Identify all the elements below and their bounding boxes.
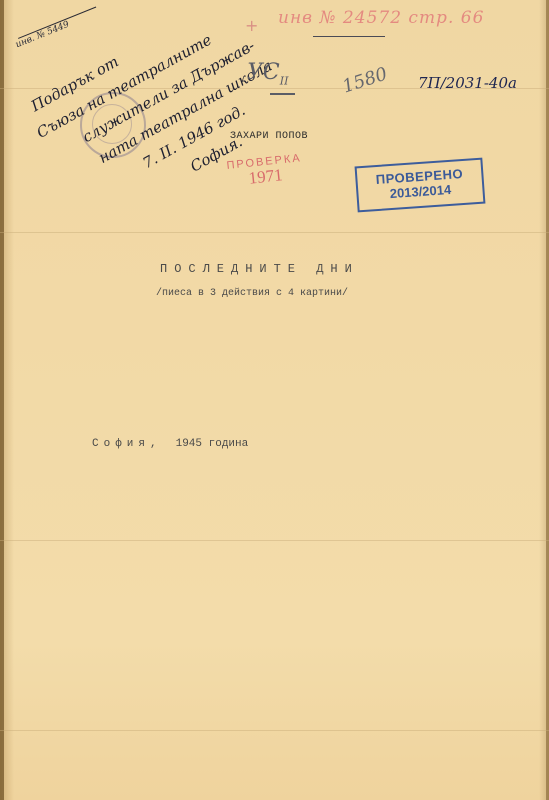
paper-crease <box>0 730 549 731</box>
pencil-number: 1580 <box>340 63 390 97</box>
red-pencil-reference: инв № 24572 стр. 66 <box>278 8 484 28</box>
paper-crease <box>0 232 549 233</box>
year: 1945 година <box>176 438 249 450</box>
author-name: ЗАХАРИ ПОПОВ <box>230 131 308 142</box>
document-page: инв. № 5449 Подарък от Съюза на театралн… <box>0 0 549 800</box>
pencil-underline <box>270 93 295 95</box>
place: София, <box>92 438 162 450</box>
blue-ink-catalog-number: 7П/2031-40а <box>418 74 517 92</box>
paper-crease <box>0 540 549 541</box>
red-plus-mark: + <box>245 16 258 35</box>
pencil-mark: УСII <box>247 60 288 87</box>
handwritten-dedication: Подарък от Съюза на театралните служител… <box>26 0 302 232</box>
blue-check-stamp: ПРОВЕРЕНО 2013/2014 <box>355 158 486 213</box>
pencil-mark-sub: II <box>280 74 289 87</box>
place-and-date: София,1945 година <box>92 438 248 450</box>
reference-underline <box>313 36 385 37</box>
pencil-mark-main: УС <box>247 60 280 85</box>
play-title: ПОСЛЕДНИТЕ ДНИ <box>160 262 359 276</box>
page-left-edge <box>0 0 4 800</box>
play-subtitle: /пиеса в 3 действия с 4 картини/ <box>156 288 348 299</box>
